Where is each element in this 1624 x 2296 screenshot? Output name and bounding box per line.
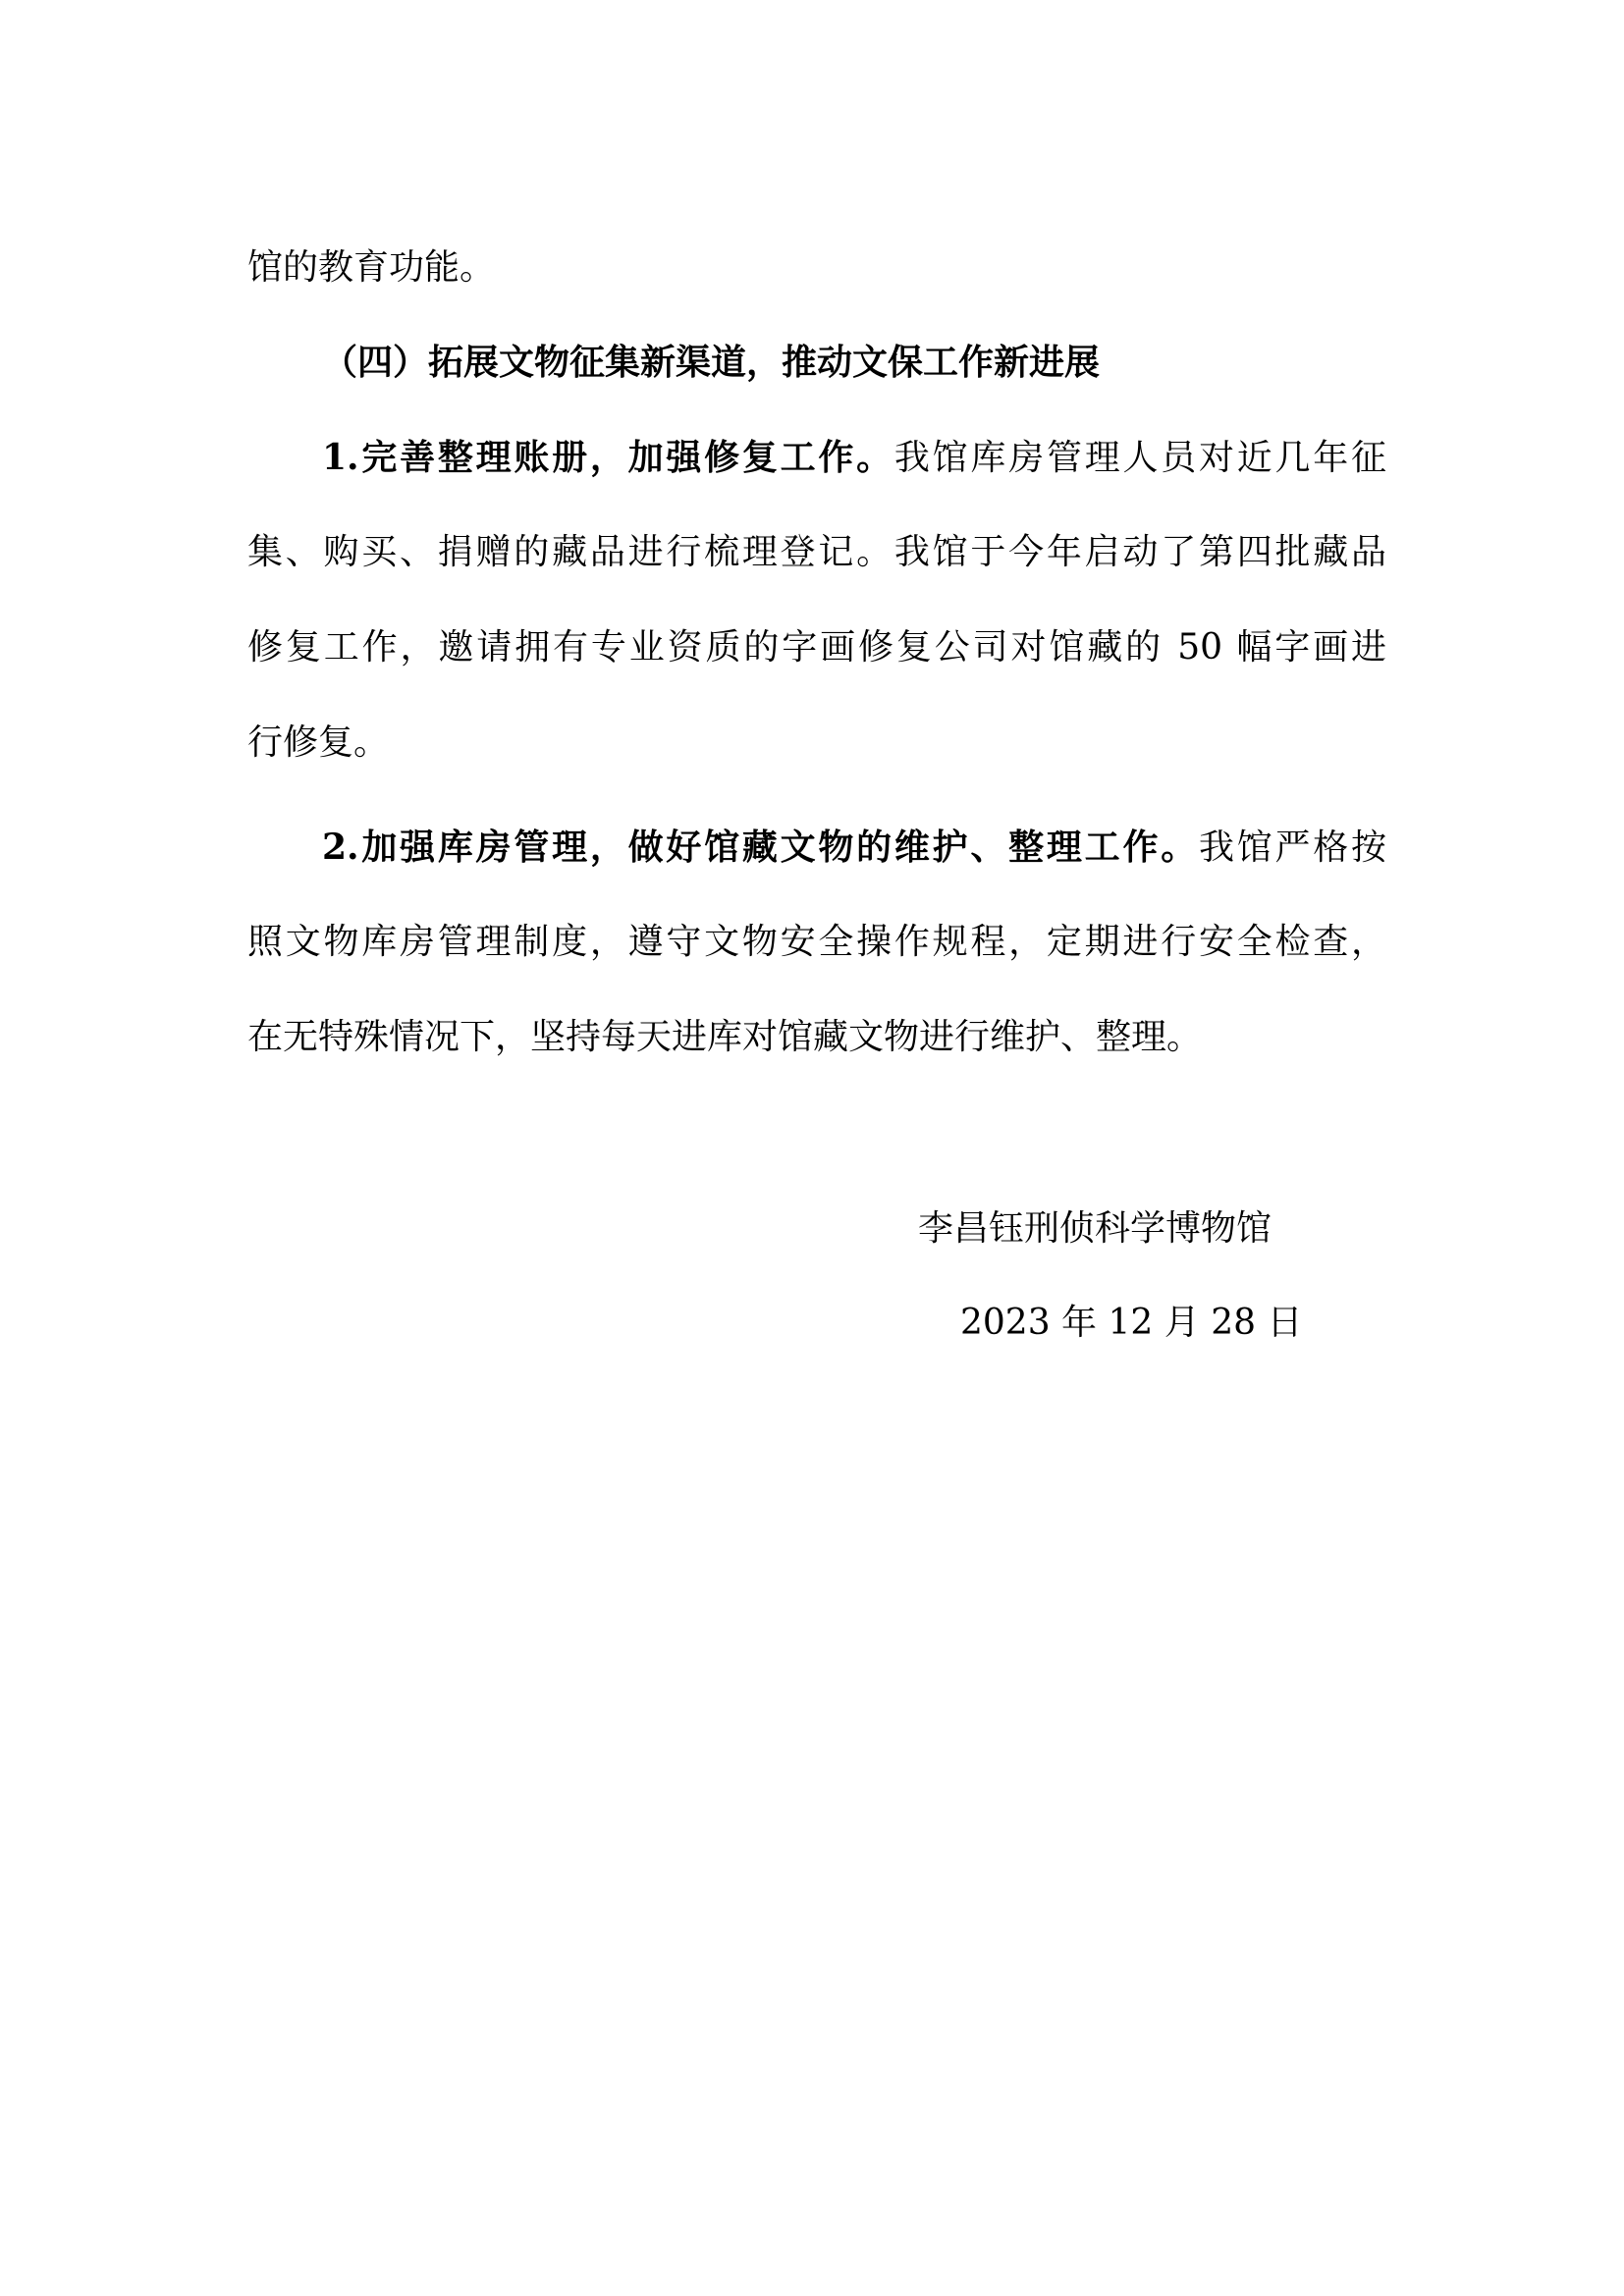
lead-in-text: 馆的教育功能。 xyxy=(247,248,495,288)
paragraph-2-line-3: 在无特殊情况下，坚持每天进库对馆藏文物进行维护、整理。 xyxy=(247,1018,1202,1057)
paragraph-1-line-3: 修复工作，邀请拥有专业资质的字画修复公司对馆藏的 50 幅字画进 xyxy=(247,628,1386,667)
paragraph-1-text: 我馆库房管理人员对近几年征 xyxy=(894,438,1386,478)
section-heading: （四）拓展文物征集新渠道，推动文保工作新进展 xyxy=(322,343,1100,382)
paragraph-2-bold-lead: 2.加强库房管理，做好馆藏文物的维护、整理工作。 xyxy=(322,827,1199,868)
paragraph-1-bold-lead: 1.完善整理账册，加强修复工作。 xyxy=(322,437,894,478)
signature-organization: 李昌钰刑侦科学博物馆 xyxy=(918,1209,1272,1249)
paragraph-1-line-4: 行修复。 xyxy=(247,723,389,763)
paragraph-1-line-2: 集、购买、捐赠的藏品进行梳理登记。我馆于今年启动了第四批藏品 xyxy=(247,533,1386,572)
paragraph-1-line-1: 1.完善整理账册，加强修复工作。我馆库房管理人员对近几年征 xyxy=(322,438,1386,478)
paragraph-2-line-1: 2.加强库房管理，做好馆藏文物的维护、整理工作。我馆严格按 xyxy=(322,828,1386,868)
paragraph-2-text: 我馆严格按 xyxy=(1199,828,1386,868)
paragraph-2-line-2: 照文物库房管理制度，遵守文物安全操作规程，定期进行安全检查， xyxy=(247,923,1386,962)
signature-date: 2023 年 12 月 28 日 xyxy=(960,1304,1302,1343)
